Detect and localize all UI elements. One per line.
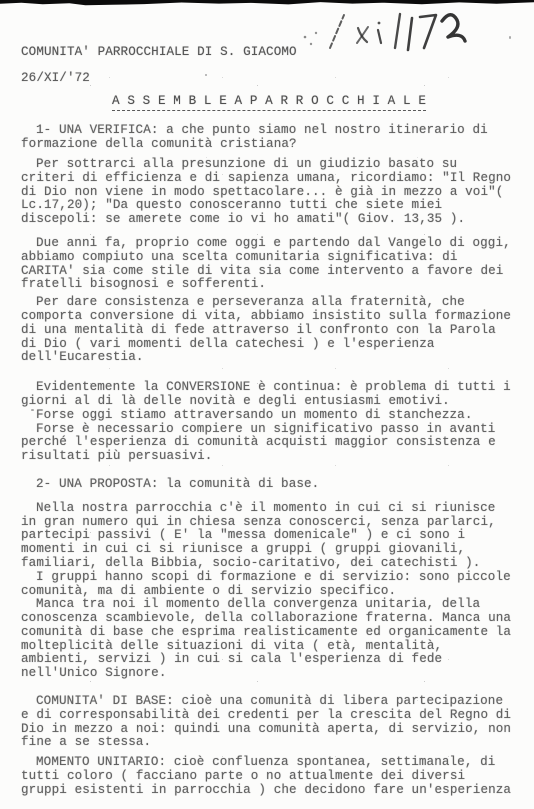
- paragraph-tiredness: Forse oggi stiamo attraversando un momen…: [21, 409, 517, 423]
- scanned-document-page: { "scan": { "handwritten_annotation": "2…: [0, 0, 534, 809]
- paragraph-section2-heading: 2- UNA PROPOSTA: la comunità di base.: [21, 478, 517, 492]
- paragraph-momento-unitario: MOMENTO UNITARIO: cioè confluenza sponta…: [21, 756, 517, 797]
- paragraph-two-years-ago: Due anni fa, proprio come oggi e partend…: [21, 237, 517, 292]
- doc-organization: COMUNITA' PARROCCHIALE DI S. GIACOMO: [21, 46, 517, 60]
- paragraph-groups: I gruppi hanno scopi di formazione e di …: [21, 571, 517, 599]
- paragraph-section1-heading: 1- UNA VERIFICA: a che punto siamo nel n…: [21, 124, 517, 152]
- paragraph-premise: Per sottrarci alla presunzione di un giu…: [21, 158, 517, 227]
- paragraph-parish-life: Nella nostra parrocchia c'è il momento i…: [21, 502, 517, 571]
- paragraph-comunita-di-base: COMUNITA' DI BASE: cioè una comunità di …: [21, 695, 517, 750]
- doc-date: 26/XI/'72: [21, 72, 517, 86]
- paragraph-conversion: Evidentemente la CONVERSIONE è continua:…: [21, 381, 517, 409]
- paragraph-missing-unity: Manca tra noi il momento della convergen…: [21, 598, 517, 681]
- paragraph-step-forward: Forse è necessario compiere un significa…: [21, 423, 517, 464]
- doc-title: A S S E M B L E A P A R R O C C H I A L …: [112, 95, 426, 112]
- scan-speck: [509, 36, 511, 39]
- paragraph-consistency: Per dare consistenza e perseveranza alla…: [21, 296, 517, 365]
- doc-title-row: A S S E M B L E A P A R R O C C H I A L …: [21, 95, 517, 112]
- document-body: COMUNITA' PARROCCHIALE DI S. GIACOMO 26/…: [21, 46, 517, 798]
